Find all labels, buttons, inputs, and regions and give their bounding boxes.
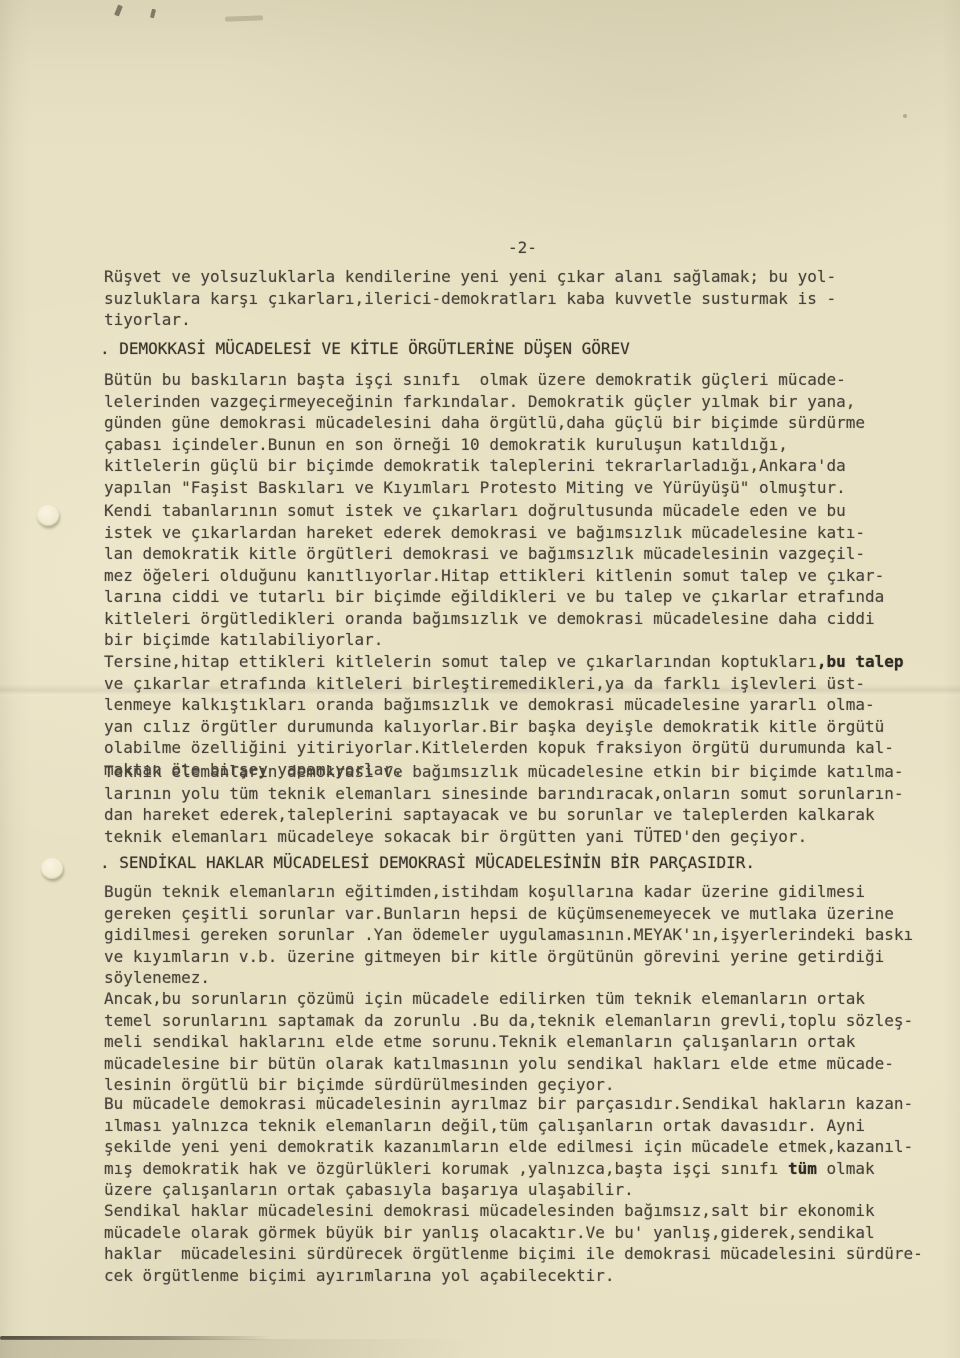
paper-scratch <box>225 15 263 21</box>
paragraph-union-rights-struggle: Ancak,bu sorunların çözümü için mücadele… <box>104 988 913 1096</box>
paragraph-text: Tersine,hitap ettikleri kitlelerin somut… <box>104 652 817 671</box>
section-heading-union-rights: . SENDİKAL HAKLAR MÜCADELESİ DEMOKRASİ M… <box>100 852 755 874</box>
document-page: -2- Rüşvet ve yolsuzluklarla kendilerine… <box>0 0 960 1358</box>
paragraph-technical-staff: Teknik elemanların demokrasi ve bağımsız… <box>104 761 904 847</box>
overtyped-text: ,bu talep <box>817 652 904 671</box>
paragraph-intro: Rüşvet ve yolsuzluklarla kendilerine yen… <box>104 266 836 331</box>
hole-punch <box>41 858 63 879</box>
hole-punch <box>37 505 59 526</box>
paragraph-conclusion: Sendikal haklar mücadelesini demokrasi m… <box>104 1200 923 1286</box>
page-bottom-shadow <box>0 1339 470 1358</box>
paragraph-common-cause: Bu mücadele demokrasi mücadelesinin ayrı… <box>104 1093 913 1201</box>
ink-speck <box>114 4 123 16</box>
paragraph-mass-organizations: Kendi tabanlarının somut istek ve çıkarl… <box>104 500 884 651</box>
paper-speck <box>903 114 907 118</box>
section-heading-democracy-struggle: . DEMOKKASİ MÜCADELESİ VE KİTLE ÖRGÜTLER… <box>100 338 630 360</box>
ink-speck <box>150 9 156 19</box>
page-number: -2- <box>508 237 537 259</box>
paragraph-problems: Bugün teknik elemanların eğitimden,istih… <box>104 881 913 989</box>
paragraph-pressures: Bütün bu baskıların başta işçi sınıfı ol… <box>104 369 865 498</box>
overtyped-text: tüm <box>788 1159 817 1178</box>
